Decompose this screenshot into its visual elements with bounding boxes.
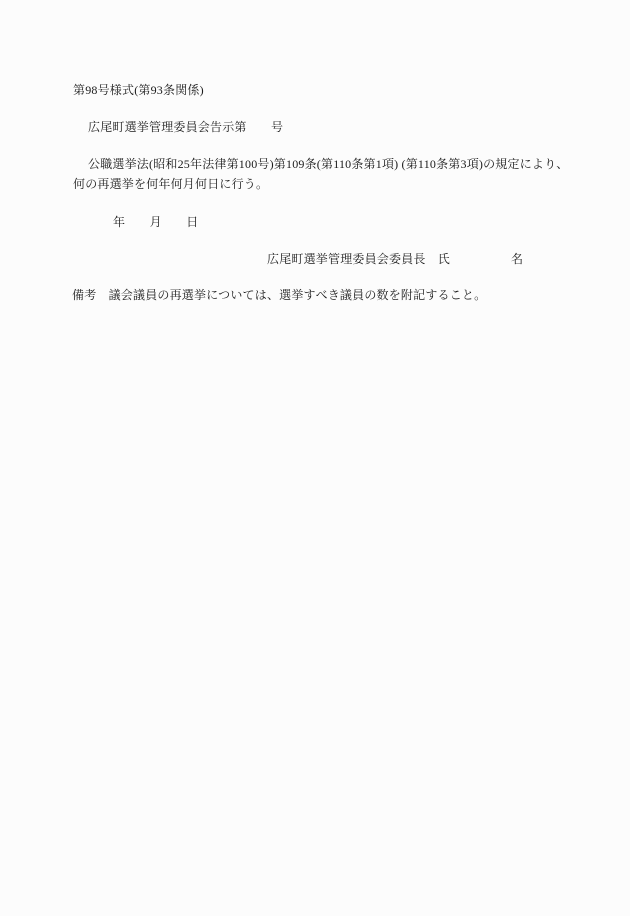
date-blank-line: 年 月 日 <box>113 215 198 230</box>
remarks-note-line: 備考 議会議員の再選挙については、選挙すべき議員の数を附記すること。 <box>72 288 486 303</box>
chairman-signature-line: 広尾町選挙管理委員会委員長 氏 名 <box>267 252 523 267</box>
legal-basis-line: 公職選挙法(昭和25年法律第100号)第109条(第110条第1項) (第110… <box>88 157 569 172</box>
notice-number-line: 広尾町選挙管理委員会告示第 号 <box>88 120 283 135</box>
election-announcement-line: 何の再選挙を何年何月何日に行う。 <box>73 177 268 192</box>
document-page: 第98号様式(第93条関係) 広尾町選挙管理委員会告示第 号 公職選挙法(昭和2… <box>0 0 630 916</box>
form-number-title: 第98号様式(第93条関係) <box>73 83 204 98</box>
